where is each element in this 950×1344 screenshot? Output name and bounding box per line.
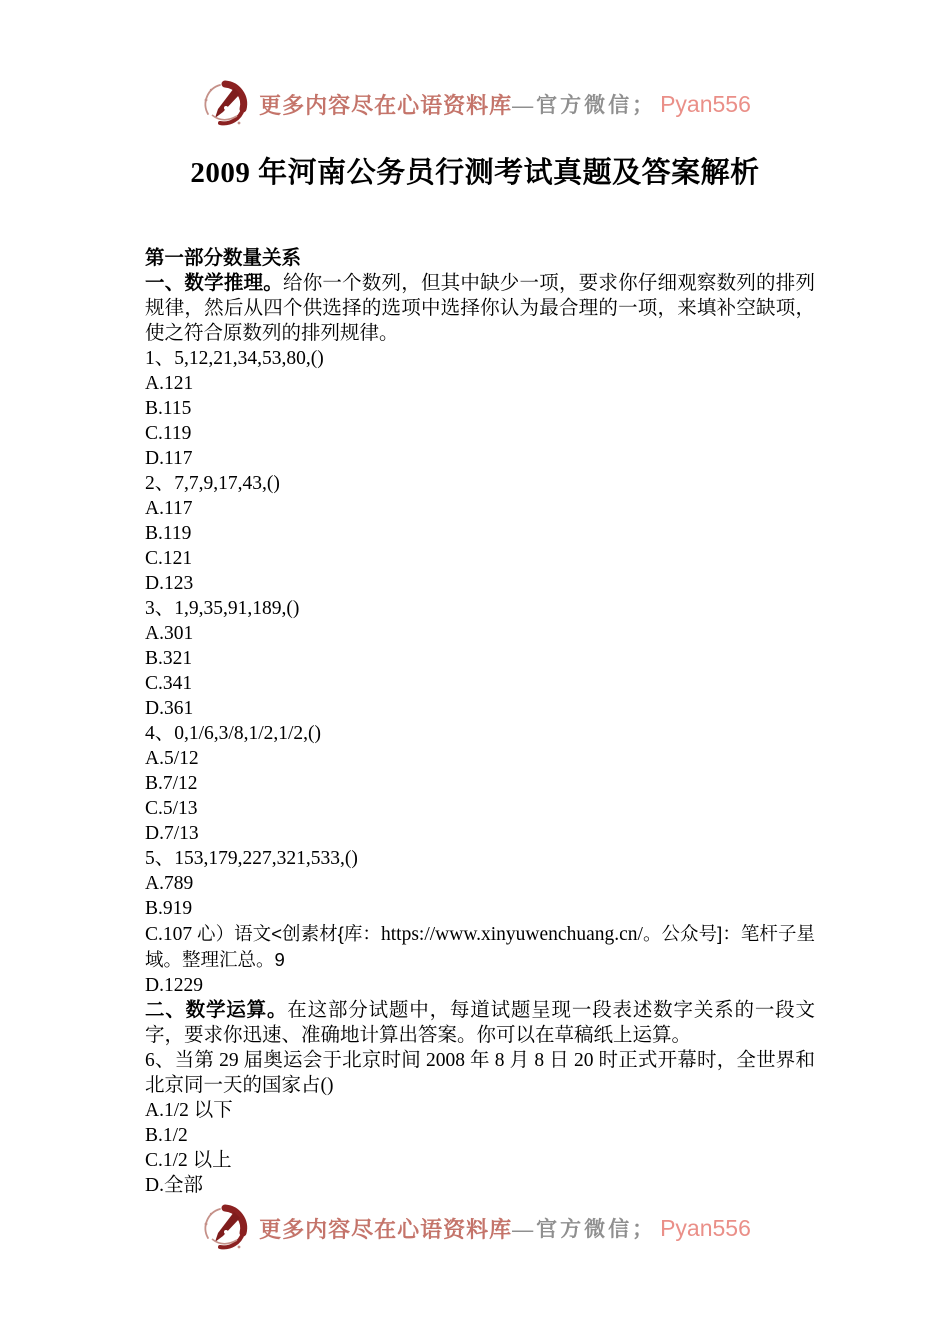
- option-line: D.123: [145, 571, 815, 596]
- question-number: 4、: [145, 723, 174, 744]
- option-line: A.5/12: [145, 746, 815, 771]
- question-text: 当第 29 届奥运会于北京时间 2008 年 8 月 8 日 20 时正式开幕时…: [145, 1050, 815, 1096]
- question-number: 5、: [145, 848, 174, 869]
- option-line: B.115: [145, 396, 815, 421]
- header-watermark: 更多内容尽在心语资料库 —官方微信； Pyan556: [0, 78, 950, 130]
- watermark-wechat-id: Pyan556: [660, 1215, 751, 1242]
- pen-nib-swirl-icon: [199, 1202, 251, 1254]
- option-line: A.121: [145, 371, 815, 396]
- option-line: C.119: [145, 421, 815, 446]
- subsection-intro: 一、数学推理。给你一个数列，但其中缺少一项，要求你仔细观察数列的排列规律，然后从…: [145, 271, 815, 346]
- option-line: B.119: [145, 521, 815, 546]
- watermark-brand-text: 更多内容尽在心语资料库: [259, 89, 512, 120]
- question-stem: 5、153,179,227,321,533,(): [145, 846, 815, 871]
- page-title: 2009 年河南公务员行测考试真题及答案解析: [0, 150, 950, 191]
- option-line: B.7/12: [145, 771, 815, 796]
- subsection-label: 二、数学运算。: [145, 1000, 287, 1021]
- option-line: A.1/2 以下: [145, 1098, 815, 1123]
- subsection-label: 一、数学推理。: [145, 273, 283, 294]
- subsection-intro: 二、数学运算。在这部分试题中，每道试题呈现一段表述数字关系的一段文字，要求你迅速…: [145, 998, 815, 1048]
- question-text: 0,1/6,3/8,1/2,1/2,(): [174, 723, 321, 744]
- footer-watermark: 更多内容尽在心语资料库 —官方微信； Pyan556: [0, 1202, 950, 1254]
- option-line: A.117: [145, 496, 815, 521]
- part-heading: 第一部分数量关系: [145, 246, 815, 271]
- option-line: B.919: [145, 896, 815, 921]
- option-line: C.341: [145, 671, 815, 696]
- option-line: A.789: [145, 871, 815, 896]
- watermark-separator-text: —官方微信；: [512, 89, 656, 119]
- document-body: 第一部分数量关系 一、数学推理。给你一个数列，但其中缺少一项，要求你仔细观察数列…: [145, 246, 815, 1198]
- option-line-with-inserted-text: C.107 心）语文<创素材{库：https://www.xinyuwenchu…: [145, 921, 815, 973]
- question-stem: 2、7,7,9,17,43,(): [145, 471, 815, 496]
- option-prefix: C.107: [145, 924, 197, 945]
- pen-nib-swirl-icon: [199, 78, 251, 130]
- inserted-url-text: https://www.xinyuwenchuang.cn/: [381, 924, 643, 945]
- option-line: D.1229: [145, 973, 815, 998]
- question-text: 5,12,21,34,53,80,(): [174, 348, 324, 369]
- watermark-brand-text: 更多内容尽在心语资料库: [259, 1213, 512, 1244]
- option-line: A.301: [145, 621, 815, 646]
- option-line: C.121: [145, 546, 815, 571]
- option-line: D.7/13: [145, 821, 815, 846]
- watermark-separator-text: —官方微信；: [512, 1213, 656, 1243]
- question-stem: 4、0,1/6,3/8,1/2,1/2,(): [145, 721, 815, 746]
- question-stem: 3、1,9,35,91,189,(): [145, 596, 815, 621]
- question-text: 153,179,227,321,533,(): [174, 848, 358, 869]
- option-line: C.1/2 以上: [145, 1148, 815, 1173]
- option-line: D.117: [145, 446, 815, 471]
- option-line: D.361: [145, 696, 815, 721]
- question-number: 6、: [145, 1050, 175, 1071]
- question-number: 3、: [145, 598, 174, 619]
- question-stem: 6、当第 29 届奥运会于北京时间 2008 年 8 月 8 日 20 时正式开…: [145, 1048, 815, 1098]
- watermark-wechat-id: Pyan556: [660, 91, 751, 118]
- question-text: 7,7,9,17,43,(): [174, 473, 280, 494]
- question-number: 1、: [145, 348, 174, 369]
- option-line: B.321: [145, 646, 815, 671]
- option-line: B.1/2: [145, 1123, 815, 1148]
- inserted-ad-text: 心）语文<创素材{库：: [197, 923, 381, 944]
- option-line: D.全部: [145, 1173, 815, 1198]
- option-line: C.5/13: [145, 796, 815, 821]
- question-stem: 1、5,12,21,34,53,80,(): [145, 346, 815, 371]
- question-number: 2、: [145, 473, 174, 494]
- question-text: 1,9,35,91,189,(): [174, 598, 299, 619]
